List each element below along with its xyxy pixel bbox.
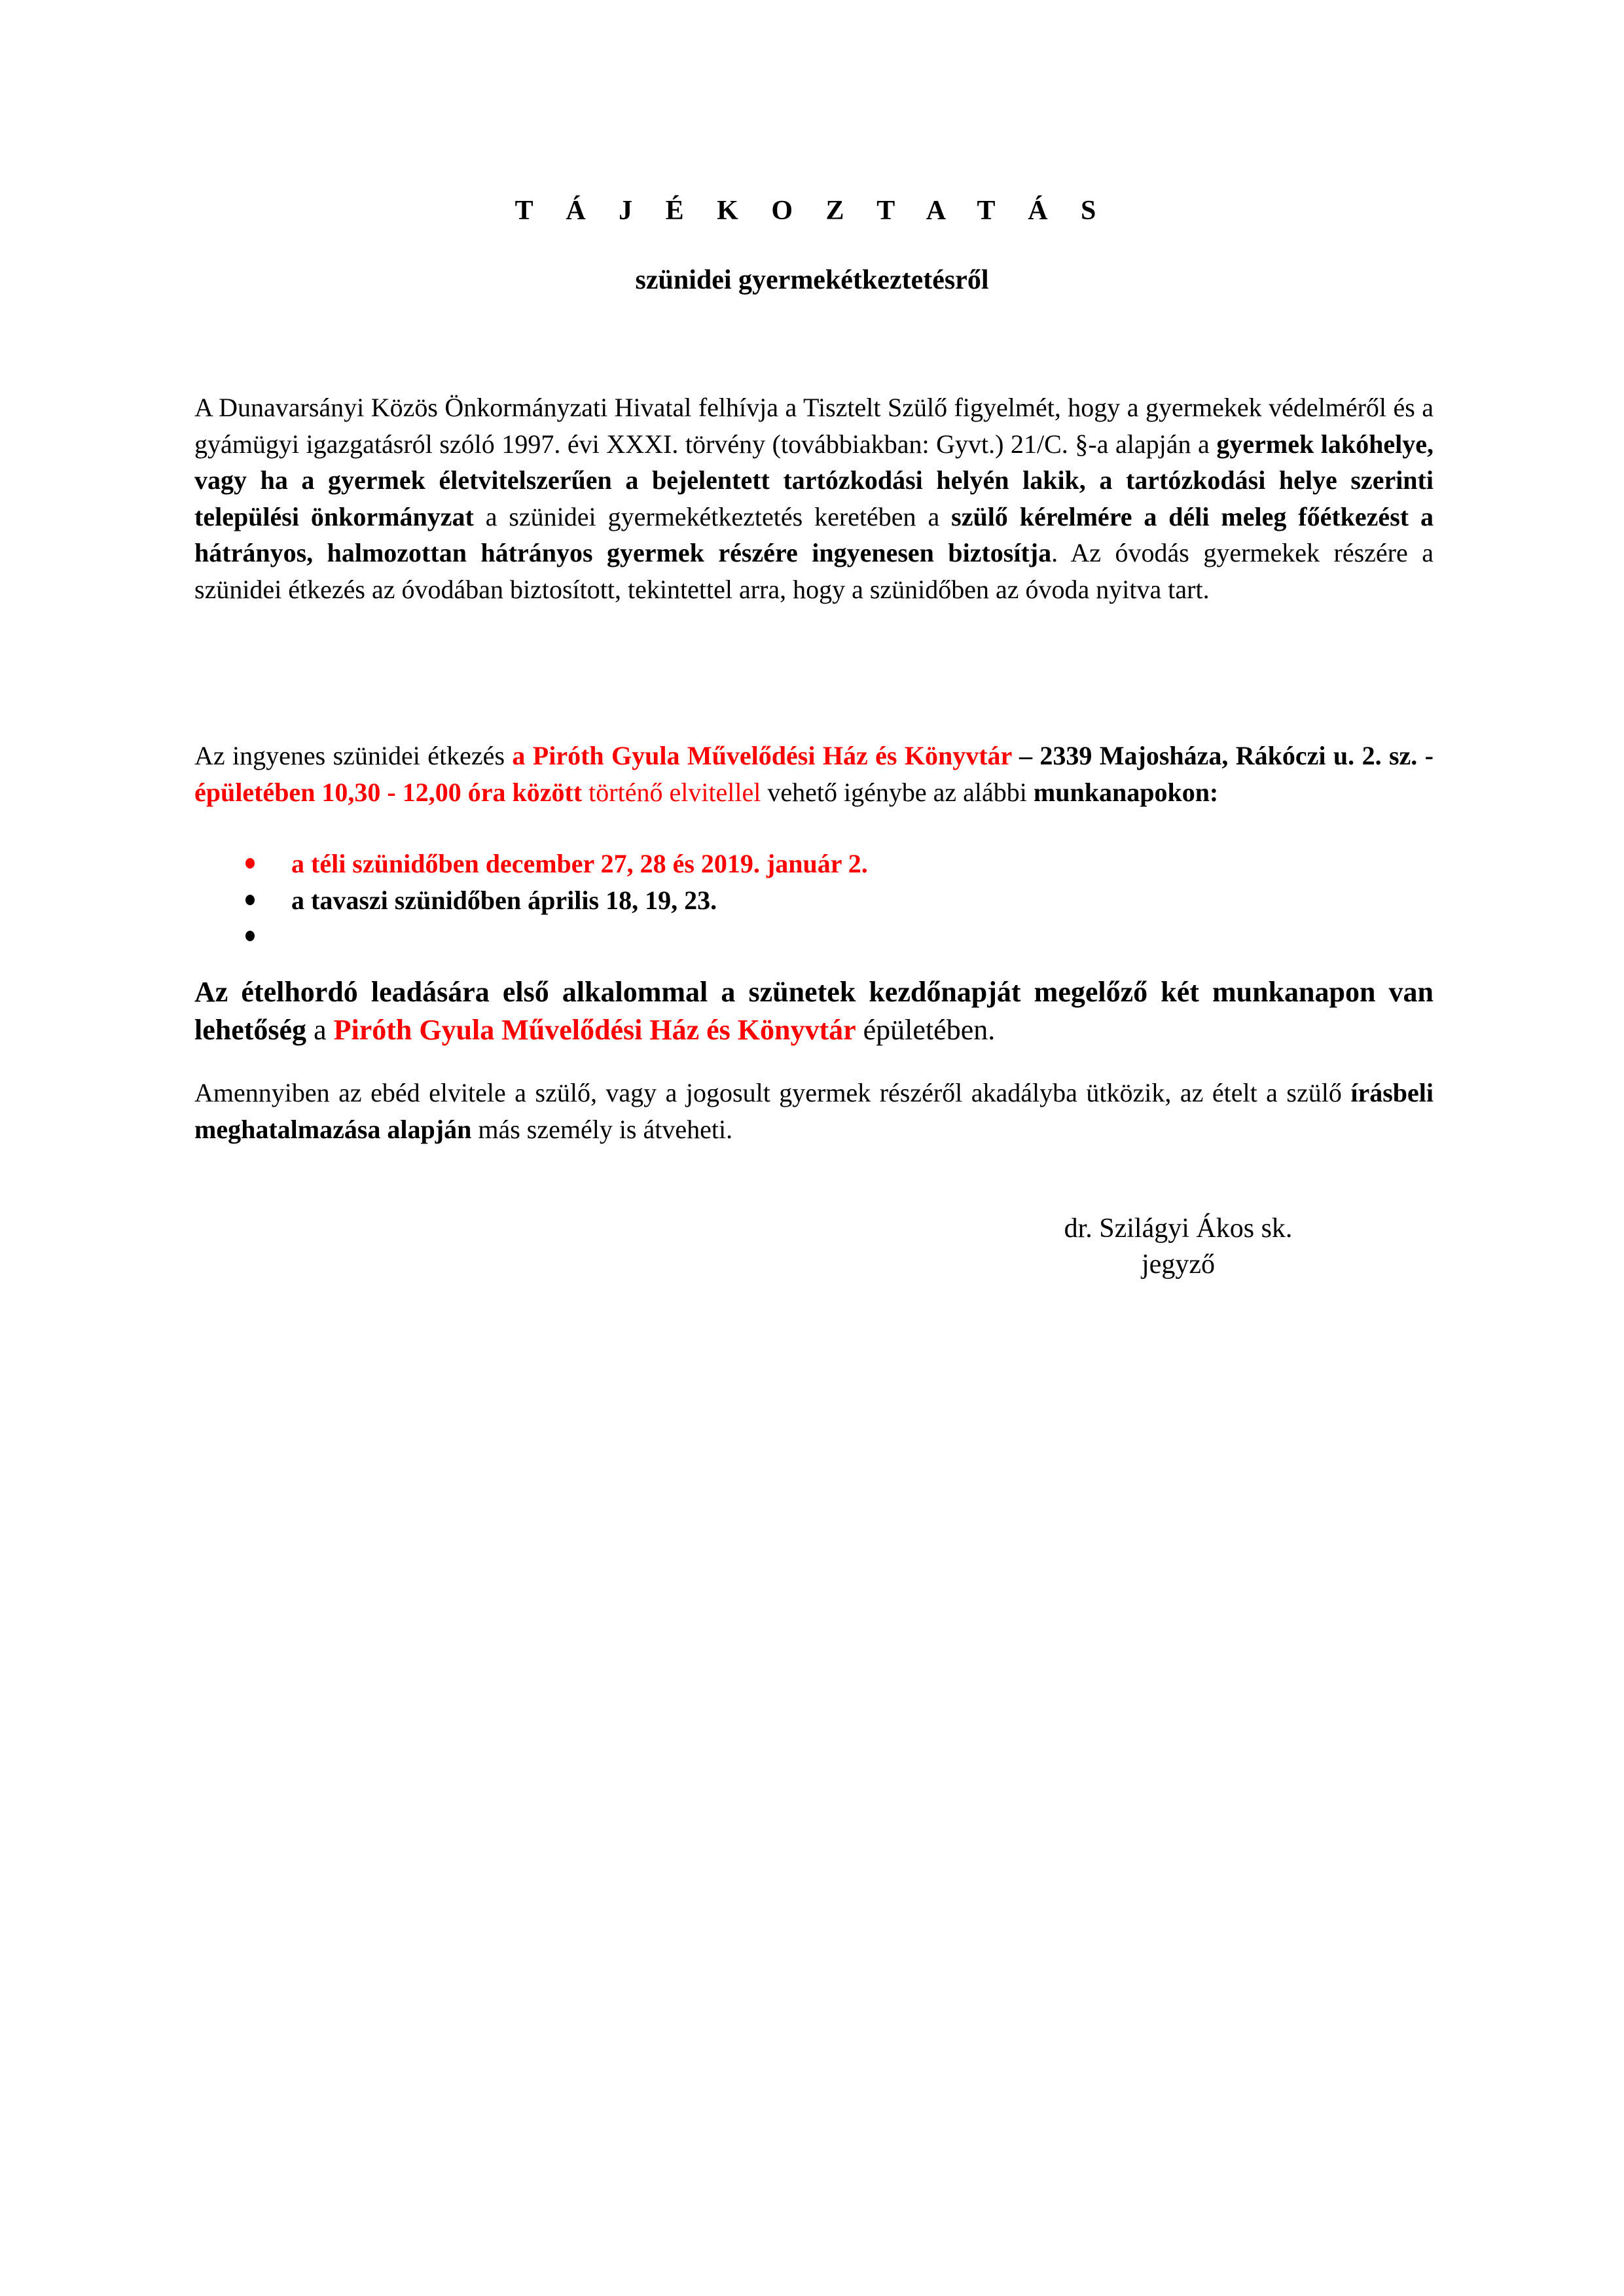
dates-list: a téli szünidőben december 27, 28 és 201… <box>194 846 1434 955</box>
paragraph-text: vehető igénybe az alábbi <box>761 778 1033 807</box>
signature-block: dr. Szilágyi Ákos sk. jegyző <box>949 1211 1407 1283</box>
bullet-icon <box>245 858 255 869</box>
list-item: a tavaszi szünidőben április 18, 19, 23. <box>194 882 1434 919</box>
signatory-role: jegyző <box>949 1247 1407 1283</box>
venue-name: Piróth Gyula Művelődési Ház és Könyvtár <box>334 1014 856 1046</box>
bullet-icon <box>245 895 255 905</box>
paragraph-text: Amennyiben az ebéd elvitele a szülő, vag… <box>194 1078 1350 1107</box>
list-item <box>194 918 1434 955</box>
document-page: T Á J É K O Z T A T Á S szünidei gyermek… <box>0 0 1624 2296</box>
paragraph-text: a szünidei gyermekétkeztetés keretében a <box>474 502 951 531</box>
paragraph-text: épületében. <box>856 1014 996 1046</box>
paragraph-text: a <box>306 1014 334 1046</box>
list-item: a téli szünidőben december 27, 28 és 201… <box>194 846 1434 882</box>
paragraph-container-dropoff: Az ételhordó leadására első alkalommal a… <box>194 973 1434 1049</box>
signatory-name: dr. Szilágyi Ákos sk. <box>949 1211 1407 1247</box>
document-title: T Á J É K O Z T A T Á S <box>0 191 1624 230</box>
paragraph-location: Az ingyenes szünidei étkezés a Piróth Gy… <box>194 738 1434 810</box>
paragraph-legal-basis: A Dunavarsányi Közös Önkormányzati Hivat… <box>194 389 1434 607</box>
pickup-note: történő elvitellel <box>582 778 761 807</box>
list-item-text: a téli szünidőben december 27, 28 és 201… <box>291 849 868 878</box>
paragraph-authorization: Amennyiben az ebéd elvitele a szülő, vag… <box>194 1075 1434 1147</box>
bullet-icon <box>245 931 255 941</box>
bold-text: munkanapokon: <box>1034 778 1218 807</box>
paragraph-text: Az ingyenes szünidei étkezés <box>194 741 512 770</box>
venue-name: a Piróth Gyula Művelődési Ház és Könyvtá… <box>512 741 1011 770</box>
venue-address: – 2339 Majosháza, Rákóczi u. 2. sz. - <box>1012 741 1434 770</box>
document-subtitle: szünidei gyermekétkeztetésről <box>0 260 1624 300</box>
paragraph-text: más személy is átveheti. <box>471 1115 732 1144</box>
list-item-text: a tavaszi szünidőben április 18, 19, 23. <box>291 886 717 915</box>
pickup-time: épületében 10,30 - 12,00 óra között <box>194 778 582 807</box>
